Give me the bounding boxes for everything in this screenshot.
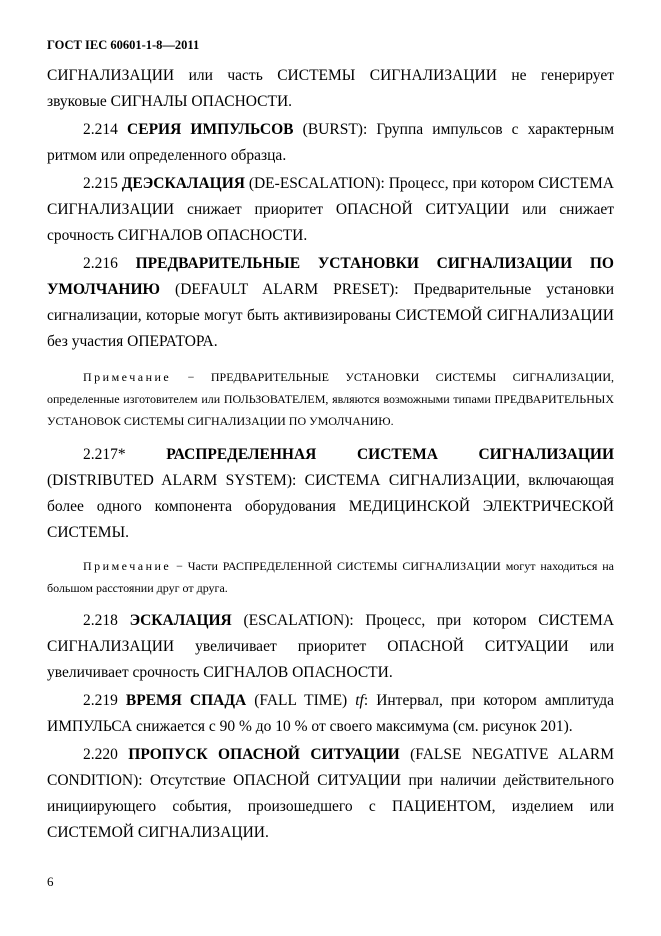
definition-text-pre: (FALL TIME) <box>246 692 355 709</box>
symbol-text: tf <box>355 692 364 709</box>
paragraph-continuation: СИГНАЛИЗАЦИИ или часть СИСТЕМЫ СИГНАЛИЗА… <box>47 63 614 115</box>
term: ДЕЭСКАЛАЦИЯ <box>122 175 245 192</box>
clause-number: 2.219 <box>83 692 118 709</box>
term: ПРОПУСК ОПАСНОЙ СИТУАЦИИ <box>128 746 399 763</box>
clause-number: 2.220 <box>83 746 118 763</box>
definition-2-218: 2.218 ЭСКАЛАЦИЯ (ESCALATION): Процесс, п… <box>47 608 614 686</box>
document-header: ГОСТ IEC 60601-1-8—2011 <box>47 38 199 53</box>
note-2-216: Примечание − ПРЕДВАРИТЕЛЬНЫЕ УСТАНОВКИ С… <box>47 366 614 432</box>
term: СЕРИЯ ИМПУЛЬСОВ <box>127 121 293 138</box>
clause-number: 2.214 <box>83 121 118 138</box>
symbol-fall-time: tf <box>355 692 364 709</box>
definition-text: (DISTRIBUTED ALARM SYSTEM): СИСТЕМА СИГН… <box>47 472 614 541</box>
definition-2-214: 2.214 СЕРИЯ ИМПУЛЬСОВ (BURST): Группа им… <box>47 117 614 169</box>
definition-2-216: 2.216 ПРЕДВАРИТЕЛЬНЫЕ УСТАНОВКИ СИГНАЛИЗ… <box>47 251 614 355</box>
term: ВРЕМЯ СПАДА <box>126 692 246 709</box>
clause-number: 2.217* <box>83 446 126 463</box>
definition-2-220: 2.220 ПРОПУСК ОПАСНОЙ СИТУАЦИИ (FALSE NE… <box>47 742 614 846</box>
term: ЭСКАЛАЦИЯ <box>130 612 232 629</box>
definition-2-215: 2.215 ДЕЭСКАЛАЦИЯ (DE-ESCALATION): Проце… <box>47 171 614 249</box>
definition-2-217: 2.217* РАСПРЕДЕЛЕННАЯ СИСТЕМА СИГНАЛИЗАЦ… <box>47 442 614 546</box>
note-label: Примечание <box>83 559 171 573</box>
term: РАСПРЕДЕЛЕННАЯ СИСТЕМА СИГНАЛИЗАЦИИ <box>166 446 614 463</box>
definition-2-219: 2.219 ВРЕМЯ СПАДА (FALL TIME) tf: Интерв… <box>47 688 614 740</box>
clause-number: 2.215 <box>83 175 118 192</box>
paragraph-text: СИГНАЛИЗАЦИИ или часть СИСТЕМЫ СИГНАЛИЗА… <box>47 67 614 110</box>
note-label: Примечание <box>83 370 171 384</box>
note-2-217: Примечание − Части РАСПРЕДЕЛЕННОЙ СИСТЕМ… <box>47 555 614 599</box>
clause-number: 2.216 <box>83 255 118 272</box>
page-number: 6 <box>47 874 54 890</box>
clause-number: 2.218 <box>83 612 118 629</box>
